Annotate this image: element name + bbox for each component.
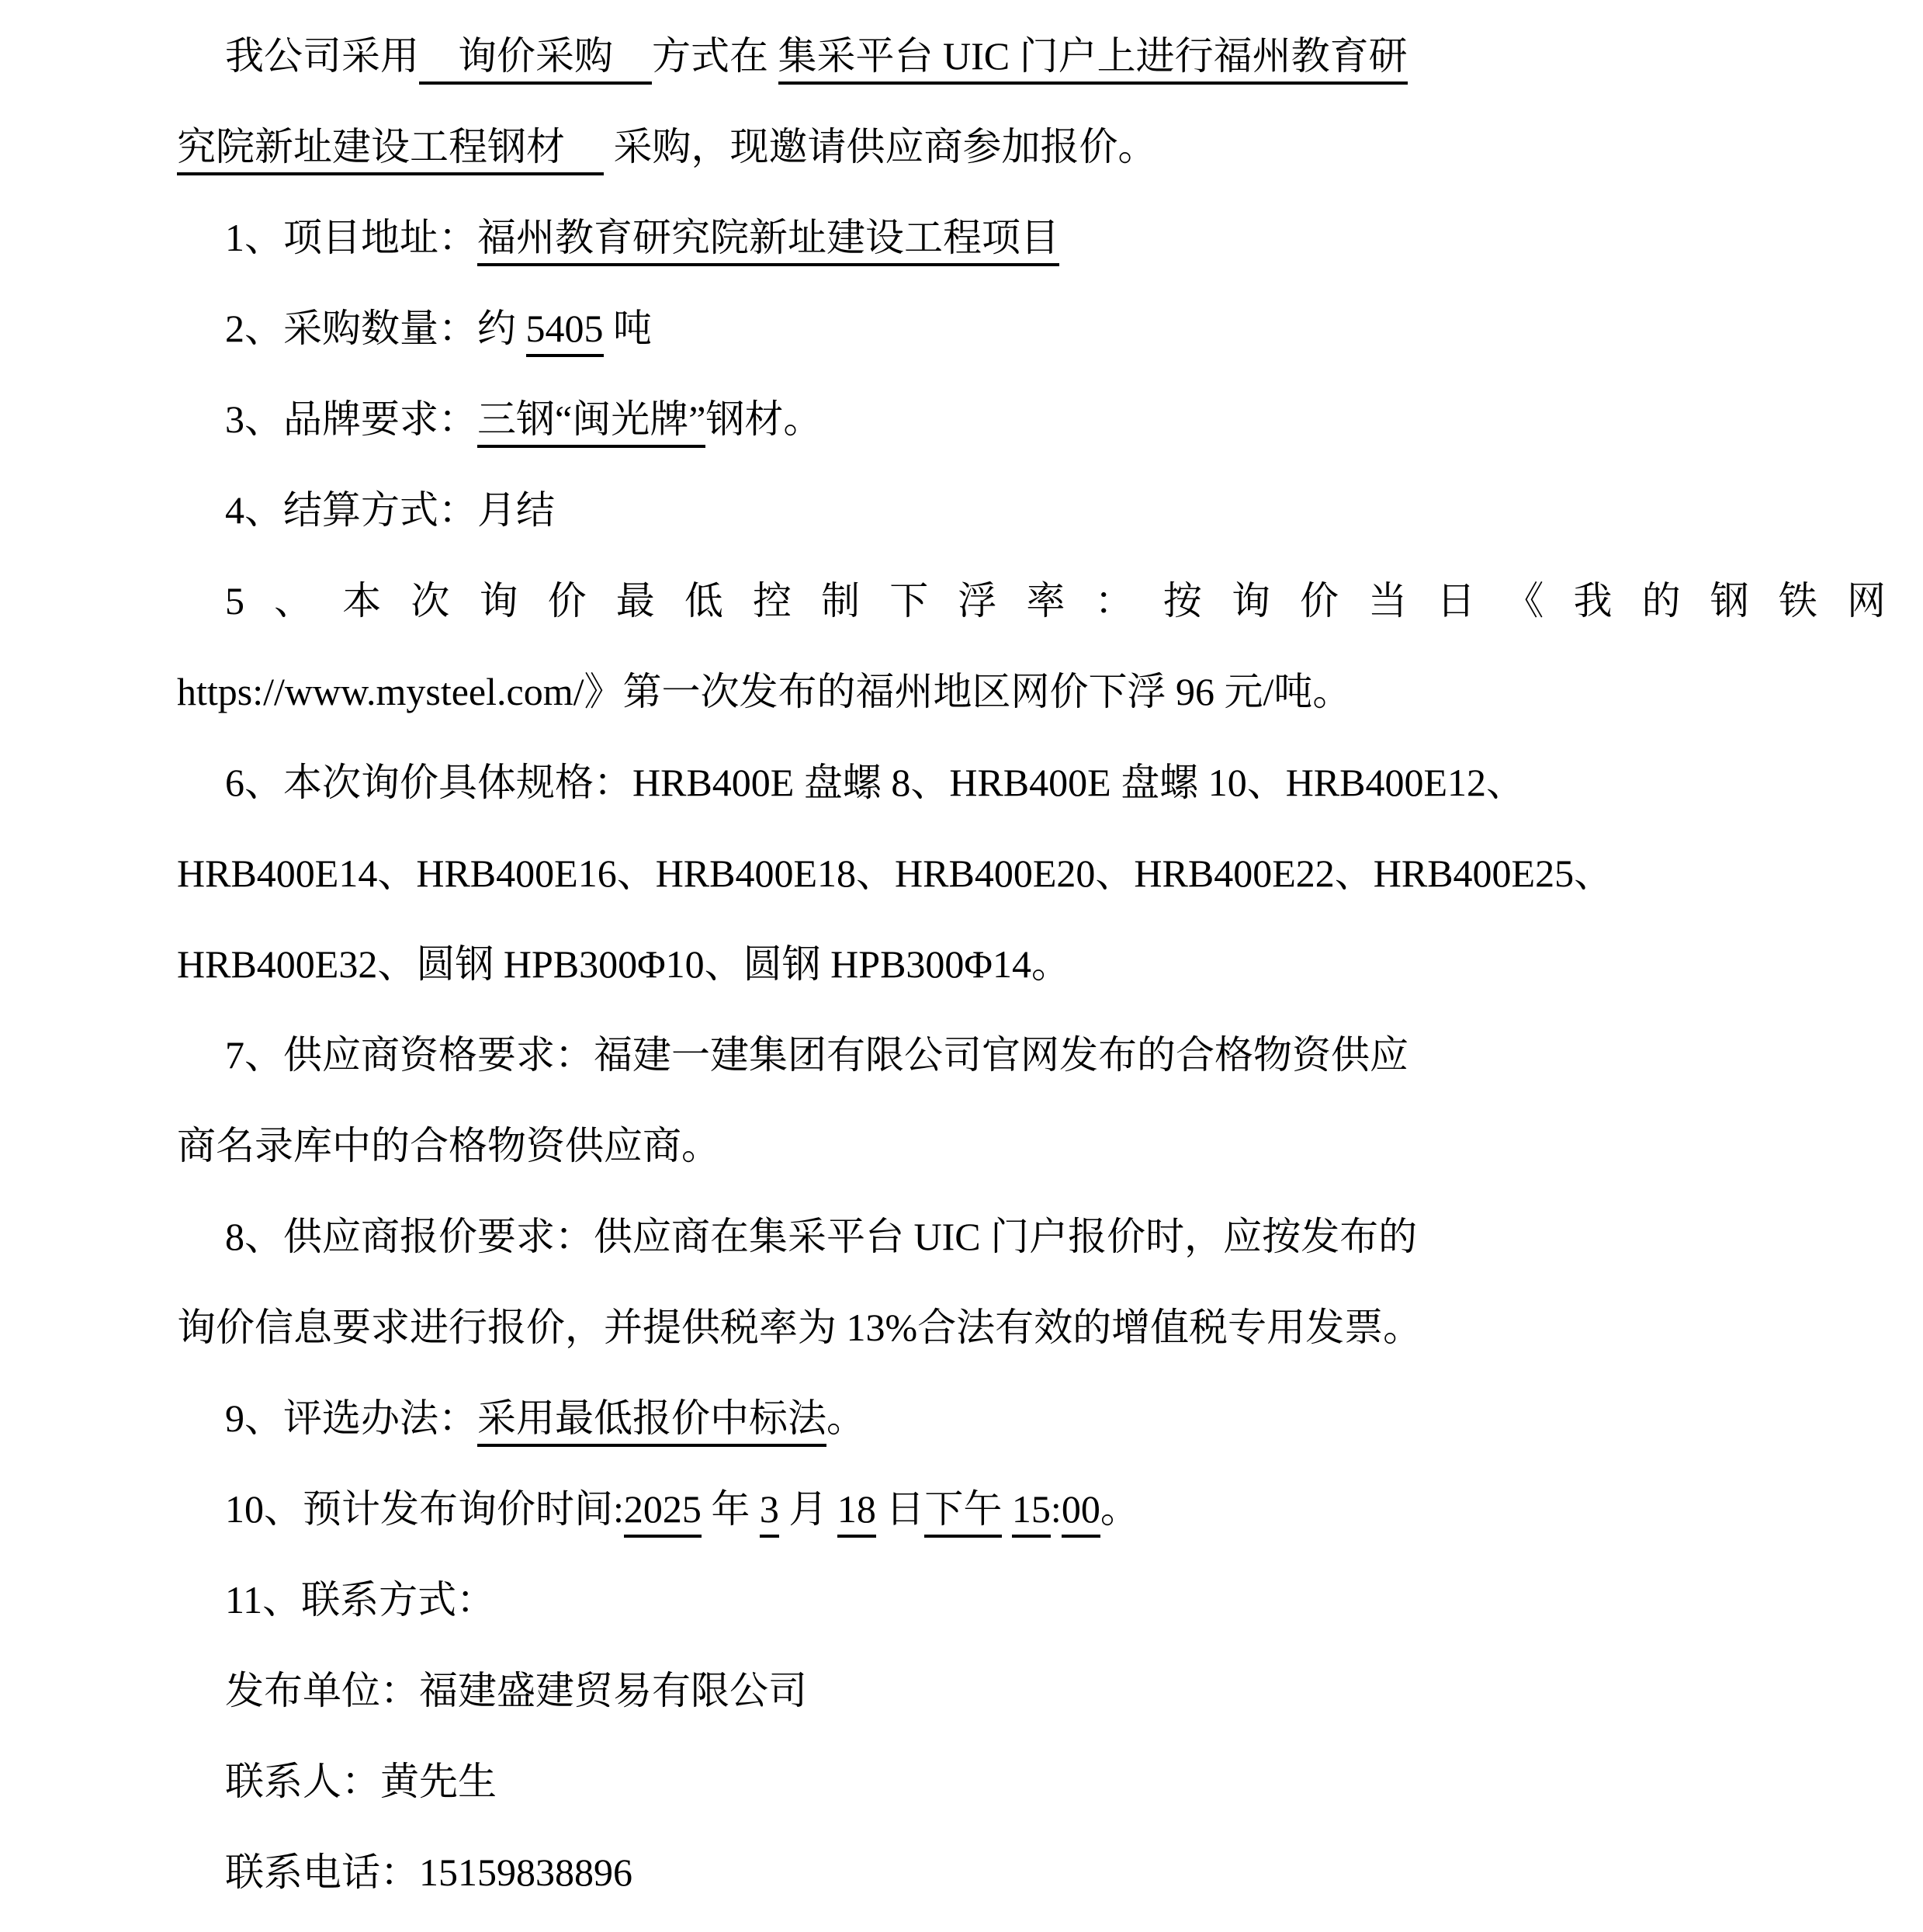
underlined-text: 下午 [924,1487,1002,1538]
document-line: 联系人：黄先生 [177,1736,1886,1827]
document-line: 10、预计发布询价时间:2025 年 3 月 18 日下午 15:00。 [177,1464,1886,1555]
underlined-text: 三钢“闽光牌” [477,397,705,448]
document-line: 7、供应商资格要求：福建一建集团有限公司官网发布的合格物资供应 [177,1010,1886,1101]
text-run: 6、本次询价具体规格：HRB400E 盘螺 8、HRB400E 盘螺 10、HR… [225,761,1525,804]
text-run: HRB400E32、圆钢 HPB300Φ10、圆钢 HPB300Φ14。 [177,942,1070,986]
text-run: 商名录库中的合格物资供应商。 [177,1124,720,1167]
text-run: 我公司采用 [225,34,419,78]
document-line: 究院新址建设工程钢材 采购，现邀请供应商参加报价。 [177,102,1886,193]
document-line: 询价信息要求进行报价，并提供税率为 13%合法有效的增值税专用发票。 [177,1282,1886,1373]
document-line: 2、采购数量：约 5405 吨 [177,283,1886,374]
text-run: 发布单位：福建盛建贸易有限公司 [225,1669,807,1712]
text-run: 3、品牌要求： [225,397,477,441]
text-run: 1、项目地址： [225,216,477,259]
text-run: 吨 [604,307,653,350]
document-line: 5、本次询价最低控制下浮率：按询价当日《我的钢铁网 [177,556,1886,647]
document-line: 11、联系方式： [177,1555,1886,1646]
text-run: 4、结算方式：月结 [225,488,555,532]
text-run: 2、采购数量：约 [225,307,526,350]
underlined-text: 18 [837,1487,876,1538]
text-run: 5、本次询价最低控制下浮率：按询价当日《我的钢铁网 [225,579,1886,623]
underlined-text: 究院新址建设工程钢材 [177,125,604,175]
text-run: 月 [779,1487,837,1531]
text-run: 11、联系方式： [225,1578,495,1622]
underlined-text: 3 [760,1487,779,1538]
text-run: https://www.mysteel.com/》第一次发布的福州地区网价下浮 … [177,670,1351,713]
text-run: 联系人：黄先生 [225,1760,497,1803]
underlined-text: 2025 [624,1487,702,1538]
underlined-text: 询价采购 [419,34,652,85]
text-run: 联系电话：15159838896 [225,1850,632,1894]
document-line: 4、结算方式：月结 [177,465,1886,556]
underlined-text: 5405 [526,307,604,357]
underlined-text: 集采平台 UIC 门户上进行福州教育研 [778,34,1408,85]
text-run: HRB400E14、HRB400E16、HRB400E18、HRB400E20、… [177,852,1613,895]
text-run: 。 [1100,1487,1139,1531]
text-run: 。 [826,1396,865,1440]
text-run: 10、预计发布询价时间: [225,1487,624,1531]
document-line: 9、评选办法：采用最低报价中标法。 [177,1373,1886,1464]
underlined-text: 福州教育研究院新址建设工程项目 [477,216,1059,266]
document-line: 联系电话：15159838896 [177,1827,1886,1918]
underlined-text: 15 [1012,1487,1051,1538]
underlined-text: 00 [1062,1487,1100,1538]
document-page: 我公司采用 询价采购 方式在 集采平台 UIC 门户上进行福州教育研究院新址建设… [0,0,1923,1932]
text-run: 7、供应商资格要求：福建一建集团有限公司官网发布的合格物资供应 [225,1033,1408,1077]
text-run: 询价信息要求进行报价，并提供税率为 13%合法有效的增值税专用发票。 [177,1306,1422,1349]
text-run: : [1051,1487,1062,1531]
text-run [1002,1487,1012,1531]
text-run: 9、评选办法： [225,1396,477,1440]
document-line: HRB400E14、HRB400E16、HRB400E18、HRB400E20、… [177,828,1886,919]
document-line: HRB400E32、圆钢 HPB300Φ10、圆钢 HPB300Φ14。 [177,919,1886,1010]
document-line: 我公司采用 询价采购 方式在 集采平台 UIC 门户上进行福州教育研 [177,11,1886,102]
text-run: 钢材。 [705,397,822,441]
text-run: 日 [876,1487,925,1531]
document-line: https://www.mysteel.com/》第一次发布的福州地区网价下浮 … [177,647,1886,737]
document-body: 我公司采用 询价采购 方式在 集采平台 UIC 门户上进行福州教育研究院新址建设… [177,11,1886,1918]
document-line: 8、供应商报价要求：供应商在集采平台 UIC 门户报价时，应按发布的 [177,1191,1886,1282]
document-line: 6、本次询价具体规格：HRB400E 盘螺 8、HRB400E 盘螺 10、HR… [177,737,1886,828]
text-run: 年 [702,1487,760,1531]
underlined-text: 采用最低报价中标法 [477,1396,826,1447]
document-line: 发布单位：福建盛建贸易有限公司 [177,1646,1886,1736]
text-run: 8、供应商报价要求：供应商在集采平台 UIC 门户报价时，应按发布的 [225,1215,1417,1258]
text-run [768,34,778,78]
text-run: 采购，现邀请供应商参加报价。 [604,125,1157,168]
text-run: 方式在 [652,34,768,78]
document-line: 商名录库中的合格物资供应商。 [177,1101,1886,1191]
document-line: 3、品牌要求：三钢“闽光牌”钢材。 [177,374,1886,465]
document-line: 1、项目地址：福州教育研究院新址建设工程项目 [177,193,1886,283]
